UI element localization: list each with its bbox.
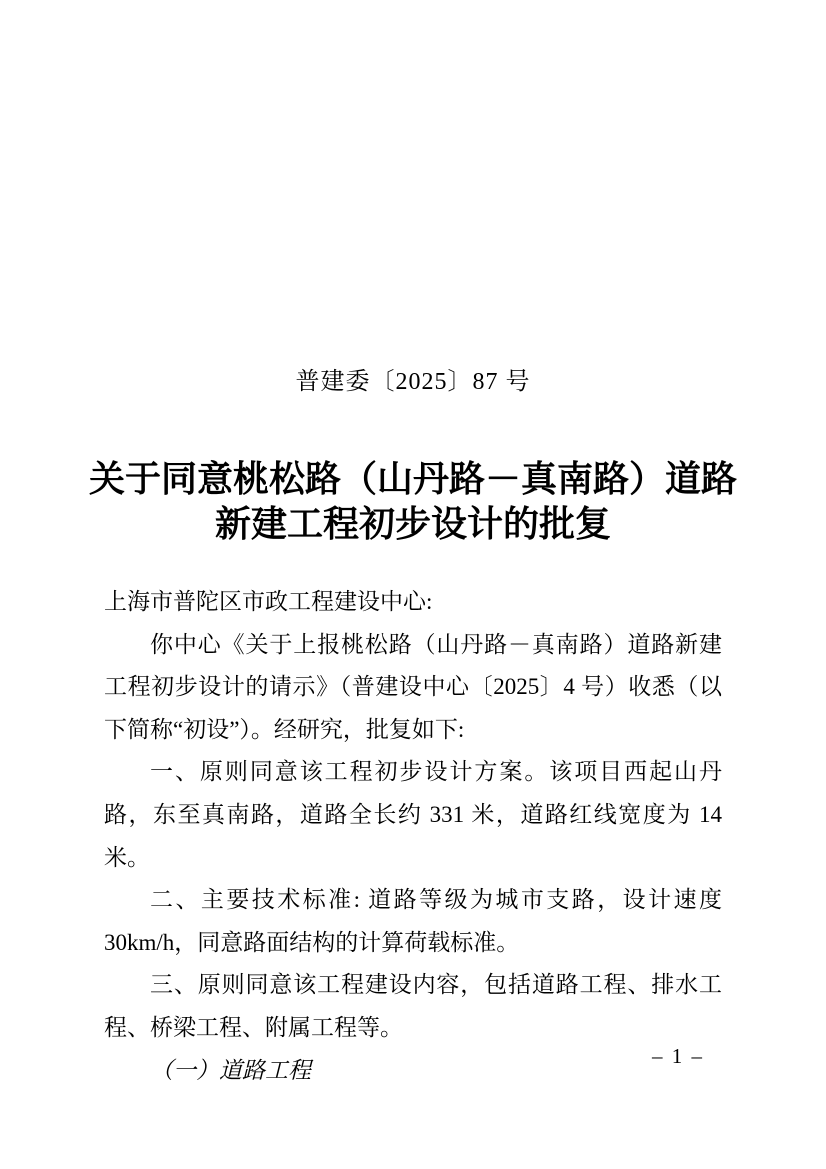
paragraph-item-2: 二、主要技术标准: 道路等级为城市支路，设计速度 30km/h，同意路面结构的计… — [104, 879, 722, 964]
document-reference-number: 普建委〔2025〕87 号 — [0, 366, 826, 398]
paragraph-item-1: 一、原则同意该工程初步设计方案。该项目西起山丹路，东至真南路，道路全长约 331… — [104, 751, 722, 879]
salutation: 上海市普陀区市政工程建设中心: — [104, 581, 722, 624]
paragraph-item-3: 三、原则同意该工程建设内容，包括道路工程、排水工程、桥梁工程、附属工程等。 — [104, 964, 722, 1049]
paragraph-intro: 你中心《关于上报桃松路（山丹路－真南路）道路新建工程初步设计的请示》（普建设中心… — [104, 624, 722, 752]
document-body: 上海市普陀区市政工程建设中心: 你中心《关于上报桃松路（山丹路－真南路）道路新建… — [104, 581, 722, 1092]
document-title: 关于同意桃松路（山丹路－真南路）道路 新建工程初步设计的批复 — [0, 457, 826, 547]
document-page: 普建委〔2025〕87 号 关于同意桃松路（山丹路－真南路）道路 新建工程初步设… — [0, 0, 826, 1169]
page-number: – 1 – — [652, 1044, 704, 1068]
document-title-line-2: 新建工程初步设计的批复 — [0, 502, 826, 547]
document-title-line-1: 关于同意桃松路（山丹路－真南路）道路 — [0, 457, 826, 502]
section-heading-road-works: （一）道路工程 — [104, 1050, 722, 1093]
